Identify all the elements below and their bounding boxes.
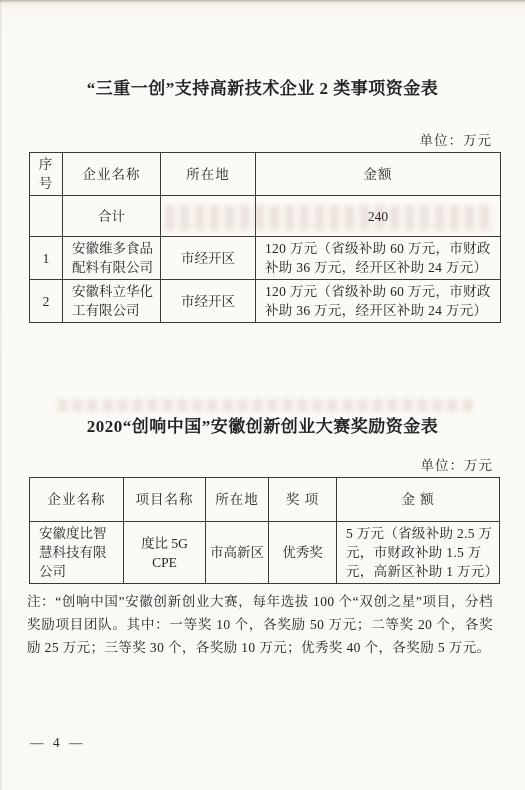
award-funds-table: 企业名称 项目名称 所在地 奖 项 金 额 安徽度比智慧科技有限公司 度比 5G…	[29, 477, 500, 584]
table1-header-seq: 序号	[30, 153, 63, 196]
table2-row1-name: 安徽度比智慧科技有限公司	[30, 522, 124, 584]
table1-row1-amount: 120 万元（省级补助 60 万元，市财政补助 36 万元，经开区补助 24 万…	[256, 237, 501, 280]
footnote: 注：“创响中国”安徽创新创业大赛，每年选拔 100 个“双创之星”项目，分档奖励…	[27, 590, 493, 659]
table2-unit-label: 单位：万元	[421, 454, 494, 474]
bleed-through-ghost	[58, 399, 474, 412]
funds-table-1: 序号 企业名称 所在地 金额 合计 240 1 安徽维多食品配料有限公司 市经开…	[29, 152, 501, 323]
table2-header-award: 奖 项	[269, 478, 337, 522]
table1-row1-location: 市经开区	[161, 237, 256, 280]
page-top-edge-shadow	[0, 0, 525, 3]
table2-header-project: 项目名称	[124, 478, 206, 522]
table-row: 安徽度比智慧科技有限公司 度比 5G CPE 市高新区 优秀奖 5 万元（省级补…	[30, 522, 500, 584]
table2-row1-project: 度比 5G CPE	[124, 522, 206, 584]
table-row: 2 安徽科立华化工有限公司 市经开区 120 万元（省级补助 60 万元，市财政…	[30, 280, 501, 323]
table2-title: 2020“创响中国”安徽创新创业大赛奖励资金表	[0, 412, 525, 437]
table2-row1-amount: 5 万元（省级补助 2.5 万元，市财政补助 1.5 万元，高新区补助 1 万元…	[337, 522, 500, 584]
table1-row2-name: 安徽科立华化工有限公司	[63, 280, 161, 323]
table1-row2-amount: 120 万元（省级补助 60 万元，市财政补助 36 万元，经开区补助 24 万…	[256, 280, 501, 323]
table1-total-location-empty	[161, 196, 256, 237]
table1-row2-seq: 2	[30, 280, 63, 323]
table1-header-row: 序号 企业名称 所在地 金额	[30, 153, 501, 196]
table1-row2-location: 市经开区	[161, 280, 256, 323]
table1-total-label: 合计	[63, 196, 161, 237]
table1-unit-label: 单位：万元	[420, 129, 493, 149]
page-number: — 4 —	[30, 735, 86, 751]
table1-total-row: 合计 240	[30, 196, 501, 237]
table2-row1-location: 市高新区	[206, 522, 269, 584]
table1-total-amount: 240	[256, 196, 501, 237]
table1-total-seq-empty	[30, 196, 63, 237]
table2-row1-award: 优秀奖	[269, 522, 337, 584]
table2-header-location: 所在地	[206, 478, 269, 522]
page-left-edge-shadow	[0, 0, 2, 790]
table1-row1-seq: 1	[30, 237, 63, 280]
table1-title: “三重一创”支持高新技术企业 2 类事项资金表	[0, 74, 525, 99]
table1-header-name: 企业名称	[63, 153, 161, 196]
table1-row1-name: 安徽维多食品配料有限公司	[63, 237, 161, 280]
table1-header-amount: 金额	[256, 153, 501, 196]
table2-header-name: 企业名称	[30, 478, 124, 522]
table2-header-amount: 金 额	[337, 478, 500, 522]
table-row: 1 安徽维多食品配料有限公司 市经开区 120 万元（省级补助 60 万元，市财…	[30, 237, 501, 280]
table1-header-location: 所在地	[161, 153, 256, 196]
table2-header-row: 企业名称 项目名称 所在地 奖 项 金 额	[30, 478, 500, 522]
